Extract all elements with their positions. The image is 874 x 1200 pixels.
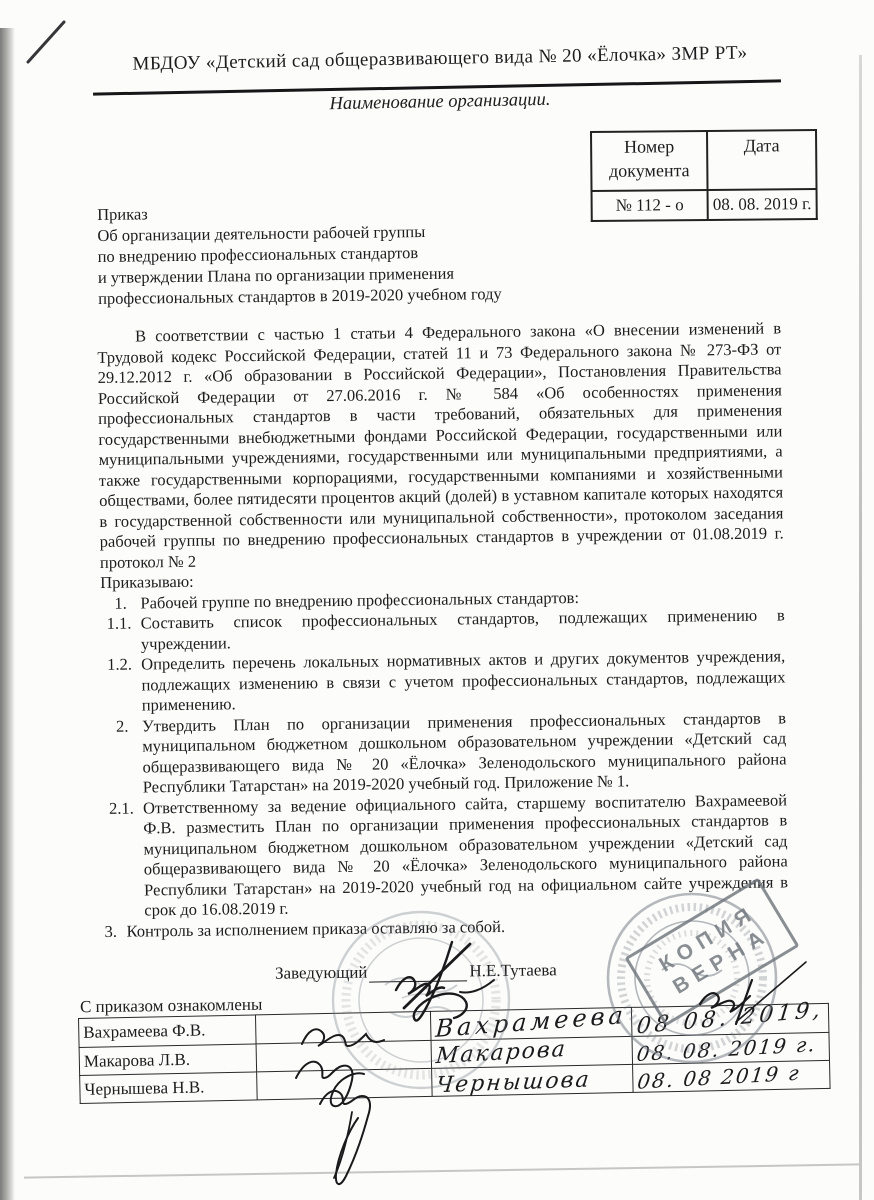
- ack-name: Макарова Л.В.: [79, 1044, 257, 1076]
- list-item-number: 1.: [114, 593, 140, 614]
- list-item-text: Определить перечень локальных нормативны…: [141, 646, 786, 716]
- scan-edge-right: [859, 55, 862, 1200]
- acknowledgement-table: Вахрамеева Ф.В. Вахрамеева 08 08. 2019, …: [78, 1003, 830, 1104]
- list-item-number: 1.1.: [107, 613, 142, 654]
- ack-name: Чернышева Н.В.: [80, 1072, 258, 1104]
- order-body: В соответствии с частью 1 статьи 4 Федер…: [97, 318, 789, 942]
- list-item: 2.1. Ответственному за ведение официальн…: [103, 790, 788, 922]
- preamble-paragraph: В соответствии с частью 1 статьи 4 Федер…: [97, 318, 784, 573]
- ack-date: 08. 08 2019 г: [636, 1060, 802, 1093]
- list-item-number: 2.: [116, 716, 143, 798]
- list-item: 1.2. Определить перечень локальных норма…: [101, 646, 786, 716]
- signing-line: Заведующий Н.Е.Тутаева: [275, 960, 557, 983]
- scan-edge-left: [0, 28, 15, 1200]
- table-row: Номер документа Дата: [591, 130, 817, 191]
- doc-number-header: Номер документа: [591, 131, 708, 191]
- table-row: № 112 - о 08. 08. 2019 г.: [592, 189, 817, 221]
- doc-date-header: Дата: [707, 130, 817, 190]
- ack-name: Вахрамеева Ф.В.: [79, 1015, 257, 1048]
- doc-date-value: 08. 08. 2019 г.: [708, 189, 817, 220]
- order-title-line: профессиональных стандартов в 2019-2020 …: [98, 283, 502, 309]
- order-title-block: Приказ Об организации деятельности рабоч…: [97, 199, 502, 309]
- doc-number-value: № 112 - о: [592, 190, 708, 221]
- signer-role: Заведующий: [275, 963, 368, 984]
- pen-slash-mark: [28, 22, 64, 62]
- signature-rule: [369, 962, 467, 982]
- list-item: 2. Утвердить План по организации примене…: [102, 708, 787, 799]
- list-item-number: 3.: [104, 921, 126, 942]
- ack-written-name: Макарова: [435, 1037, 568, 1069]
- ack-signature-cell: [257, 1068, 433, 1100]
- list-item-number: 1.2.: [107, 654, 142, 716]
- ack-signature-row3: [320, 1091, 370, 1184]
- doc-number-table: Номер документа Дата № 112 - о 08. 08. 2…: [590, 129, 818, 222]
- organization-name: МБДОУ «Детский сад общеразвивающего вида…: [97, 42, 783, 77]
- list-item-number: 2.1.: [109, 798, 145, 921]
- ack-written-name: Чернышова: [435, 1067, 592, 1098]
- list-item-text: Ответственному за ведение официального с…: [143, 790, 788, 921]
- ack-signature-cell: [255, 1011, 431, 1044]
- signer-name: Н.Е.Тутаева: [469, 960, 557, 981]
- list-item-text: Утвердить План по организации применения…: [142, 708, 787, 798]
- scanned-document-page: МБДОУ «Детский сад общеразвивающего вида…: [0, 0, 874, 1200]
- scan-edge-bottom: [24, 1163, 860, 1178]
- ack-signature-cell: [256, 1040, 432, 1072]
